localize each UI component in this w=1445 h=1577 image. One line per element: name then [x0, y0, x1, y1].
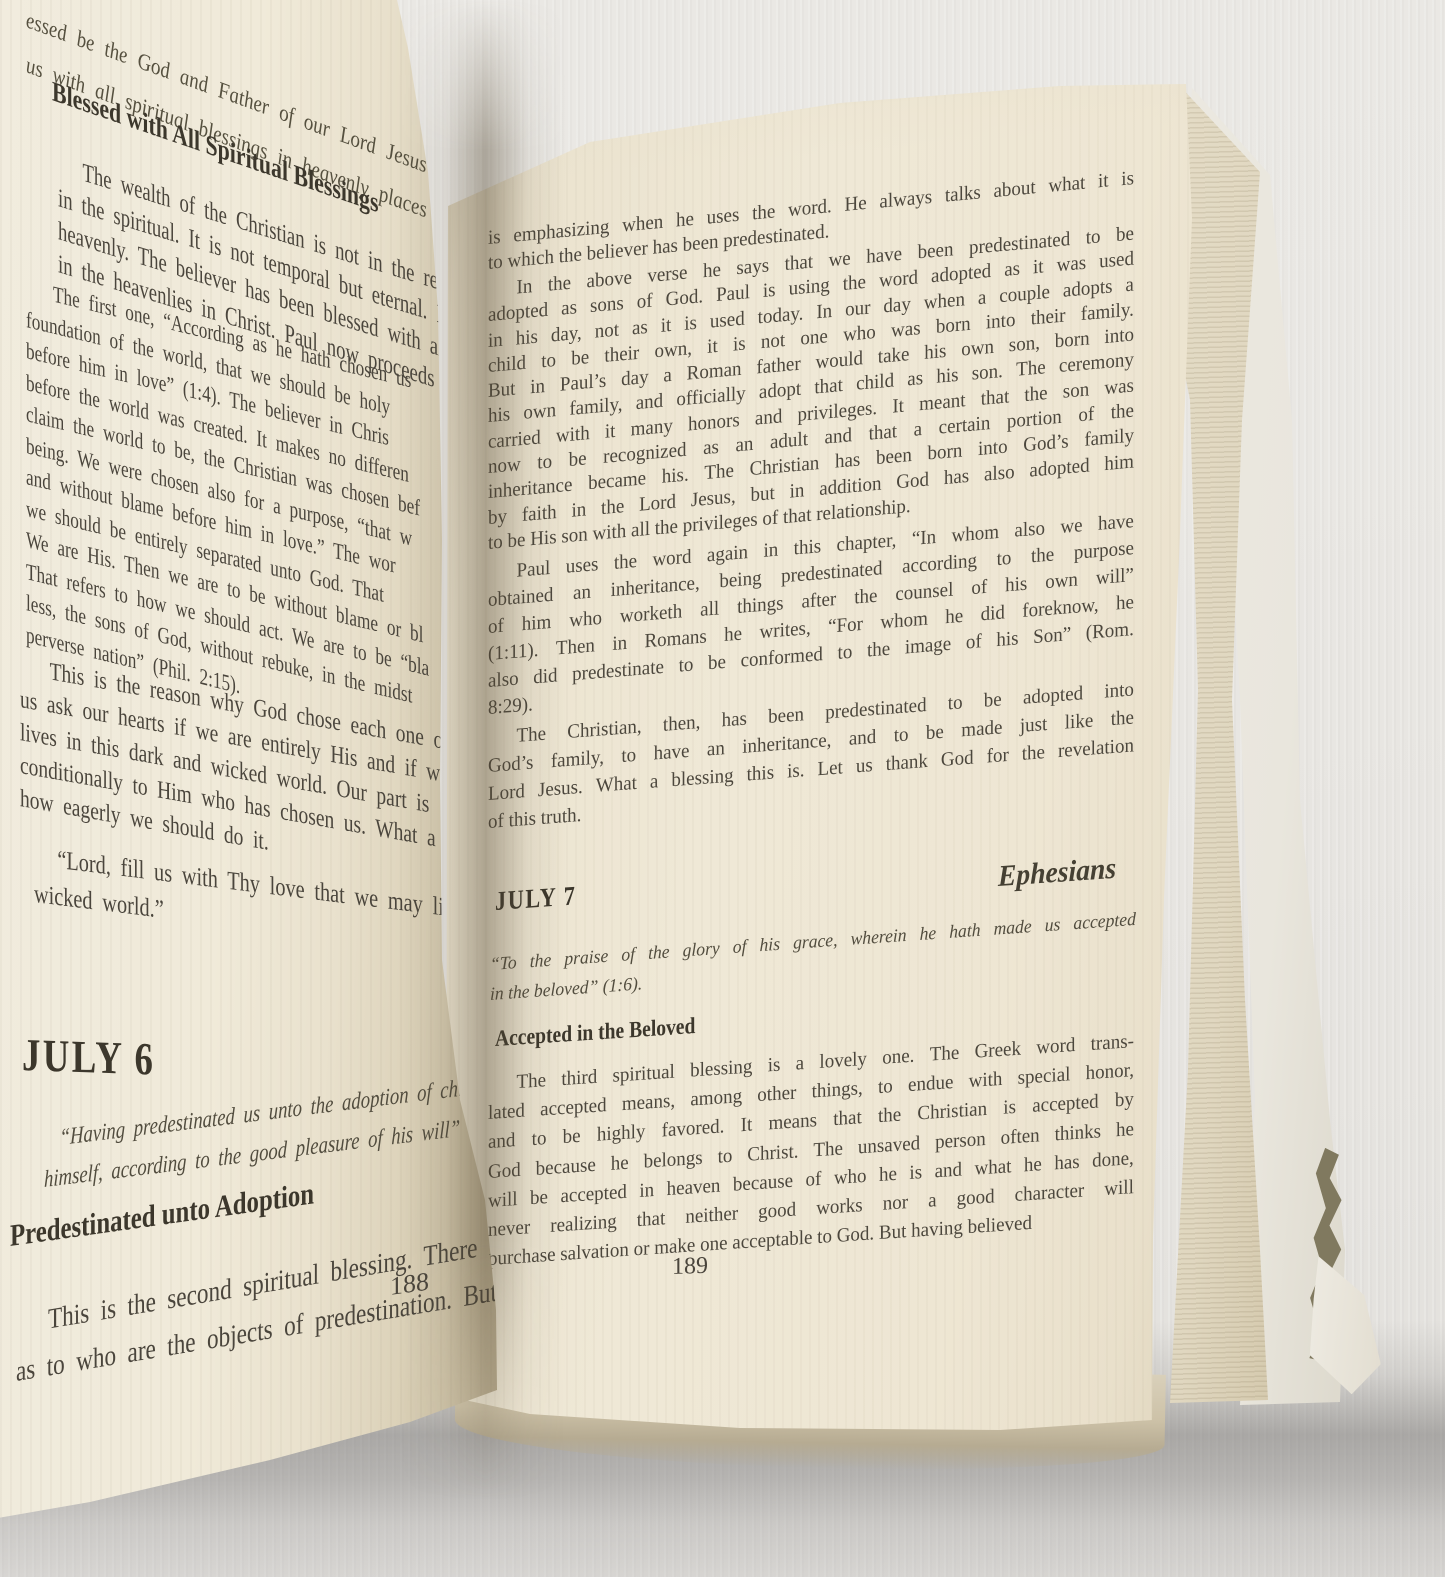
paragraph: Intheaboveversehesaysthatwehavebeenprede… — [488, 221, 1134, 556]
page-number: 189 — [672, 1253, 708, 1281]
running-book-title: Ephesians — [998, 852, 1116, 894]
book-photo-scene: isemphasizingwhenheusestheword.Healwayst… — [0, 0, 1445, 1577]
left-page: essed be the God and Father of our Lord … — [0, 0, 510, 1545]
paragraph: This is the second spiritual blessing. T… — [16, 1215, 534, 1396]
page-number: 188 — [390, 1267, 429, 1302]
paragraph: Thethirdspiritualblessingisalovelyone.Th… — [488, 1027, 1134, 1274]
date-heading: JULY 7 — [495, 880, 576, 917]
verse-quote: “Tothepraiseofthegloryofhisgrace,wherein… — [490, 905, 1136, 1010]
date-heading: JULY 6 — [22, 1028, 155, 1086]
right-page: isemphasizingwhenheusestheword.Healwayst… — [440, 78, 1200, 1440]
section-heading: Accepted in the Beloved — [495, 1013, 695, 1052]
